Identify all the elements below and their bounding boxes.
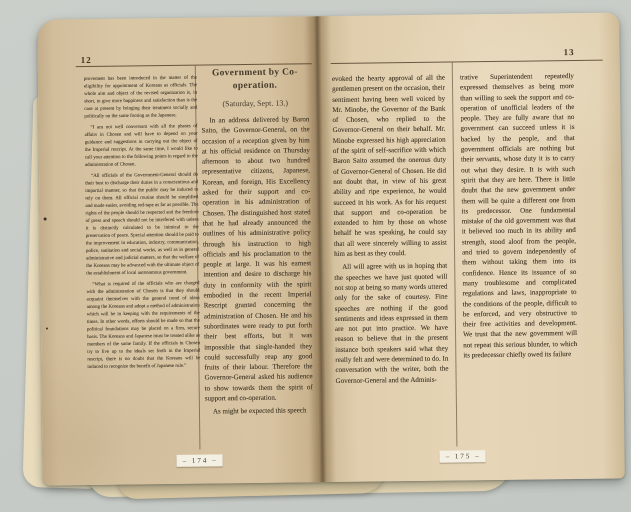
- left-column-1: provement has been introduced in the mat…: [84, 74, 201, 374]
- paragraph: trative Superintendent repeatedly expres…: [460, 71, 578, 361]
- paragraph: evoked the hearty approval of all the ge…: [332, 73, 447, 260]
- right-column-rule: [452, 62, 458, 446]
- right-page: 13 evoked the hearty approval of all the…: [317, 12, 625, 482]
- right-page-number: 13: [564, 47, 575, 57]
- paragraph: provement has been introduced in the mat…: [84, 74, 198, 120]
- right-folio-label: – 175 –: [439, 450, 485, 463]
- paragraph: As might be expected this speech: [205, 406, 313, 418]
- article-title: Government by Co-operation.: [201, 66, 309, 92]
- paragraph: All will agree with us in hoping that th…: [334, 261, 449, 386]
- book-spread: 12 provement has been introduced in the …: [37, 12, 625, 485]
- article-dateline: (Saturday, Sept. 13.): [201, 98, 309, 108]
- left-page: 12 provement has been introduced in the …: [37, 16, 323, 485]
- ink-speck: [46, 327, 48, 329]
- paragraph: “I am not well conversant with all the p…: [84, 122, 198, 168]
- left-column-2-article: Government by Co-operation. (Saturday, S…: [201, 66, 313, 420]
- paragraph: “What is required of the officials who a…: [86, 279, 200, 370]
- right-column-2: trative Superintendent repeatedly expres…: [460, 71, 578, 364]
- right-column-1: evoked the hearty approval of all the ge…: [332, 73, 449, 389]
- right-header-rule: [331, 60, 603, 64]
- ink-speck: [44, 217, 47, 220]
- paragraph: In an address delivered by Baron Saito, …: [201, 114, 313, 404]
- photo-background: 12 provement has been introduced in the …: [0, 0, 631, 512]
- paragraph: “All officials of the Government-General…: [85, 171, 199, 277]
- gutter-shadow: [303, 16, 337, 482]
- left-folio-label: – 174 –: [177, 454, 223, 467]
- left-page-number: 12: [81, 55, 92, 65]
